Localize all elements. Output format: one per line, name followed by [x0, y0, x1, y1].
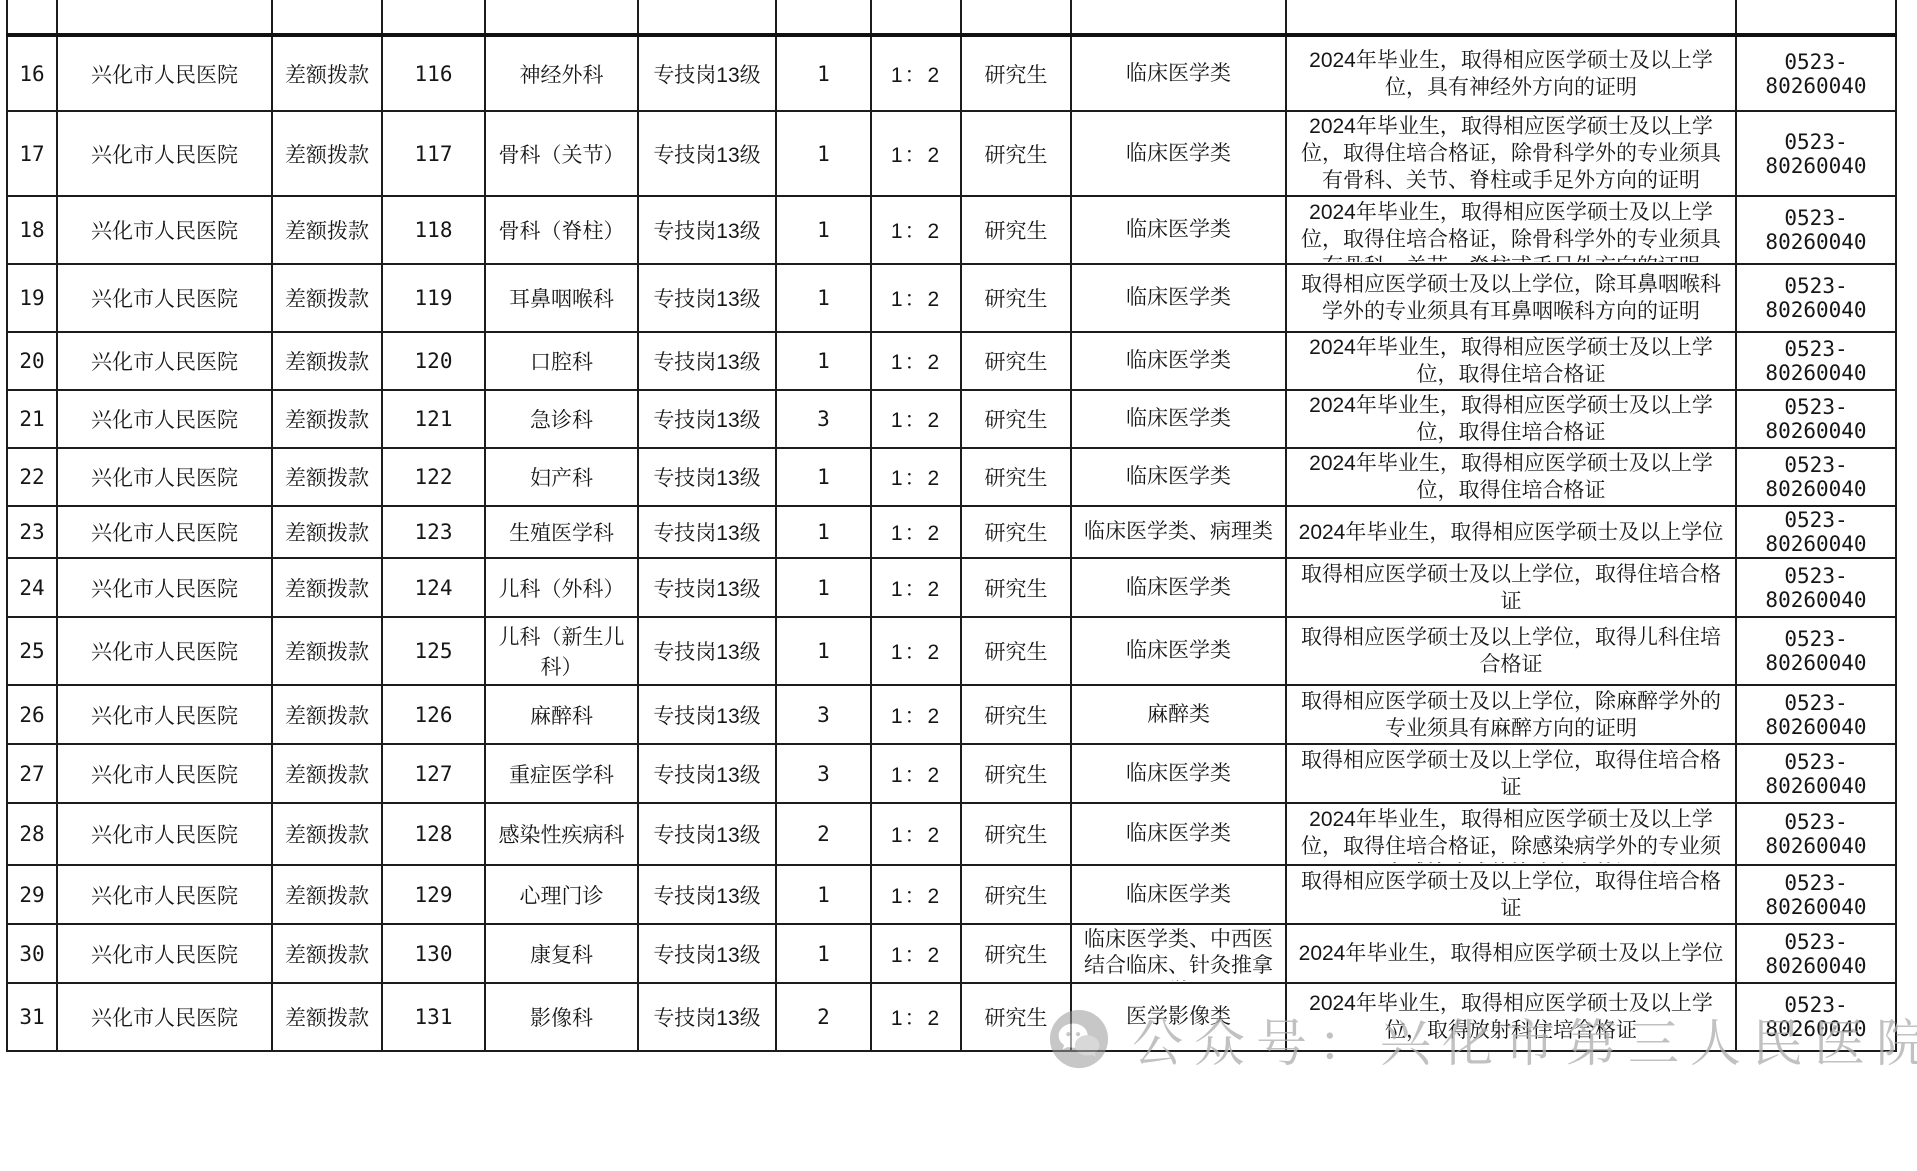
- cell-position-code: 126: [382, 685, 485, 744]
- cell-hospital-name: 兴化市人民医院: [57, 448, 272, 506]
- cell-openings-count: 1: [776, 264, 871, 332]
- cell-hospital-name: 兴化市人民医院: [57, 924, 272, 983]
- cell-position-code: 123: [382, 506, 485, 558]
- cell-major-category: 临床医学类: [1071, 111, 1286, 196]
- cell-funding-type: 差额拨款: [272, 196, 382, 264]
- cell-other-requirements: 取得相应医学硕士及以上学位，取得住培合格证: [1286, 744, 1736, 803]
- cell-education-requirement: 研究生: [961, 983, 1071, 1051]
- cell-interview-ratio: 1：2: [871, 448, 961, 506]
- cell-contact-phone: 0523-80260040: [1736, 558, 1896, 617]
- cell-education-requirement: 研究生: [961, 506, 1071, 558]
- cell-funding-type: 差额拨款: [272, 448, 382, 506]
- cell-contact-phone: 0523-80260040: [1736, 390, 1896, 448]
- cell-hospital-name: 兴化市人民医院: [57, 617, 272, 685]
- cell-major-category: 临床医学类、病理类: [1071, 506, 1286, 558]
- cell-interview-ratio: 1：2: [871, 35, 961, 111]
- cell-contact-phone: 0523-80260040: [1736, 448, 1896, 506]
- cell-major-category: 麻醉类: [1071, 685, 1286, 744]
- cell-position-code: 127: [382, 744, 485, 803]
- cell-contact-phone: 0523-80260040: [1736, 35, 1896, 111]
- cell-department: 麻醉科: [485, 685, 638, 744]
- cell-education-requirement: 研究生: [961, 803, 1071, 865]
- cell-department: 耳鼻咽喉科: [485, 264, 638, 332]
- cell-position-code: 120: [382, 332, 485, 390]
- cell-other-requirements-text: 2024年毕业生，取得相应医学硕士及以上学位，取得住培合格证: [1291, 392, 1731, 446]
- cell-interview-ratio: 1：2: [871, 111, 961, 196]
- table-row: 28兴化市人民医院差额拨款128感染性疾病科专技岗13级21：2研究生临床医学类…: [7, 803, 1896, 865]
- cell-education-requirement: 研究生: [961, 196, 1071, 264]
- cell-major-category-text: 临床医学类: [1076, 464, 1281, 490]
- cell-other-requirements-text: 取得相应医学硕士及以上学位，取得住培合格证: [1291, 868, 1731, 922]
- cell-position-level: 专技岗13级: [638, 865, 776, 924]
- cell-other-requirements: 取得相应医学硕士及以上学位，除麻醉学外的专业须具有麻醉方向的证明: [1286, 685, 1736, 744]
- cell-contact-phone: 0523-80260040: [1736, 803, 1896, 865]
- cell-education-requirement: 研究生: [961, 332, 1071, 390]
- cell-interview-ratio: 1：2: [871, 685, 961, 744]
- cell-funding-type: 差额拨款: [272, 617, 382, 685]
- cell-row-number: 25: [7, 617, 57, 685]
- cell-major-category: 临床医学类: [1071, 865, 1286, 924]
- cell-department: 生殖医学科: [485, 506, 638, 558]
- table-row: 24兴化市人民医院差额拨款124儿科（外科）专技岗13级11：2研究生临床医学类…: [7, 558, 1896, 617]
- cell-major-category-text: 临床医学类: [1076, 821, 1281, 847]
- cell-openings-count: 1: [776, 111, 871, 196]
- cell-hospital-name: 兴化市人民医院: [57, 803, 272, 865]
- cell-department: 影像科: [485, 983, 638, 1051]
- cell-department: 心理门诊: [485, 865, 638, 924]
- cell-openings-count: 1: [776, 865, 871, 924]
- cell-other-requirements: 取得相应医学硕士及以上学位，除耳鼻咽喉科学外的专业须具有耳鼻咽喉科方向的证明: [1286, 264, 1736, 332]
- cell-other-requirements: 2024年毕业生，取得相应医学硕士及以上学位，取得住培合格证: [1286, 332, 1736, 390]
- cell-major-category: 临床医学类: [1071, 390, 1286, 448]
- cell-education-requirement: 研究生: [961, 617, 1071, 685]
- cell-row-number: 16: [7, 35, 57, 111]
- cell-row-number: 22: [7, 448, 57, 506]
- cell-other-requirements-text: 2024年毕业生，取得相应医学硕士及以上学位，取得住培合格证，除骨科学外的专业须…: [1291, 113, 1731, 194]
- empty-cell: [485, 0, 638, 35]
- table-row: 26兴化市人民医院差额拨款126麻醉科专技岗13级31：2研究生麻醉类取得相应医…: [7, 685, 1896, 744]
- cell-funding-type: 差额拨款: [272, 558, 382, 617]
- table-row: 23兴化市人民医院差额拨款123生殖医学科专技岗13级11：2研究生临床医学类、…: [7, 506, 1896, 558]
- recruitment-table-page: 16兴化市人民医院差额拨款116神经外科专技岗13级11：2研究生临床医学类20…: [0, 0, 1917, 1171]
- cell-openings-count: 1: [776, 35, 871, 111]
- cell-education-requirement: 研究生: [961, 390, 1071, 448]
- cell-contact-phone: 0523-80260040: [1736, 744, 1896, 803]
- cell-department: 妇产科: [485, 448, 638, 506]
- cell-major-category: 临床医学类: [1071, 196, 1286, 264]
- cell-major-category-text: 临床医学类: [1076, 61, 1281, 87]
- cell-interview-ratio: 1：2: [871, 390, 961, 448]
- cell-major-category-text: 临床医学类、中西医结合临床、针灸推拿学: [1076, 927, 1281, 981]
- cell-education-requirement: 研究生: [961, 865, 1071, 924]
- cell-other-requirements-text: 取得相应医学硕士及以上学位，除麻醉学外的专业须具有麻醉方向的证明: [1291, 688, 1731, 742]
- cell-interview-ratio: 1：2: [871, 744, 961, 803]
- table-row: 27兴化市人民医院差额拨款127重症医学科专技岗13级31：2研究生临床医学类取…: [7, 744, 1896, 803]
- cell-other-requirements: 2024年毕业生，取得相应医学硕士及以上学位，取得住培合格证，除感染病学外的专业…: [1286, 803, 1736, 865]
- cell-other-requirements-text: 2024年毕业生，取得相应医学硕士及以上学位，具有神经外方向的证明: [1291, 47, 1731, 101]
- cell-row-number: 17: [7, 111, 57, 196]
- cell-position-level: 专技岗13级: [638, 983, 776, 1051]
- cell-other-requirements-text: 2024年毕业生，取得相应医学硕士及以上学位，取得住培合格证，除骨科学外的专业须…: [1291, 199, 1731, 262]
- cell-education-requirement: 研究生: [961, 448, 1071, 506]
- empty-cell: [382, 0, 485, 35]
- cell-other-requirements-text: 2024年毕业生，取得相应医学硕士及以上学位，取得住培合格证: [1291, 450, 1731, 504]
- recruitment-table: 16兴化市人民医院差额拨款116神经外科专技岗13级11：2研究生临床医学类20…: [6, 0, 1897, 1052]
- cell-position-level: 专技岗13级: [638, 111, 776, 196]
- cell-education-requirement: 研究生: [961, 111, 1071, 196]
- cell-position-level: 专技岗13级: [638, 264, 776, 332]
- cell-major-category-text: 临床医学类、病理类: [1076, 519, 1281, 545]
- cell-position-code: 128: [382, 803, 485, 865]
- cell-other-requirements: 2024年毕业生，取得相应医学硕士及以上学位: [1286, 924, 1736, 983]
- table-row: 22兴化市人民医院差额拨款122妇产科专技岗13级11：2研究生临床医学类202…: [7, 448, 1896, 506]
- cell-funding-type: 差额拨款: [272, 111, 382, 196]
- cell-major-category: 临床医学类: [1071, 744, 1286, 803]
- cell-other-requirements: 2024年毕业生，取得相应医学硕士及以上学位，取得住培合格证: [1286, 448, 1736, 506]
- cell-interview-ratio: 1：2: [871, 196, 961, 264]
- cell-other-requirements-text: 2024年毕业生，取得相应医学硕士及以上学位: [1291, 940, 1731, 967]
- cell-hospital-name: 兴化市人民医院: [57, 983, 272, 1051]
- empty-cell: [272, 0, 382, 35]
- cell-position-code: 130: [382, 924, 485, 983]
- table-row: 31兴化市人民医院差额拨款131影像科专技岗13级21：2研究生医学影像类202…: [7, 983, 1896, 1051]
- cell-row-number: 31: [7, 983, 57, 1051]
- cell-position-level: 专技岗13级: [638, 332, 776, 390]
- cell-position-code: 118: [382, 196, 485, 264]
- cell-contact-phone: 0523-80260040: [1736, 332, 1896, 390]
- cell-hospital-name: 兴化市人民医院: [57, 744, 272, 803]
- cell-openings-count: 3: [776, 744, 871, 803]
- cell-other-requirements: 2024年毕业生，取得相应医学硕士及以上学位，具有神经外方向的证明: [1286, 35, 1736, 111]
- empty-cell: [638, 0, 776, 35]
- cell-openings-count: 3: [776, 390, 871, 448]
- cell-other-requirements-text: 取得相应医学硕士及以上学位，取得儿科住培合格证: [1291, 624, 1731, 678]
- cell-interview-ratio: 1：2: [871, 332, 961, 390]
- cell-major-category-text: 临床医学类: [1076, 348, 1281, 374]
- cell-education-requirement: 研究生: [961, 924, 1071, 983]
- cell-position-level: 专技岗13级: [638, 744, 776, 803]
- cell-contact-phone: 0523-80260040: [1736, 196, 1896, 264]
- cell-row-number: 19: [7, 264, 57, 332]
- cell-row-number: 21: [7, 390, 57, 448]
- cell-openings-count: 1: [776, 448, 871, 506]
- cell-funding-type: 差额拨款: [272, 506, 382, 558]
- cell-major-category-text: 临床医学类: [1076, 638, 1281, 664]
- cell-contact-phone: 0523-80260040: [1736, 865, 1896, 924]
- cell-department: 急诊科: [485, 390, 638, 448]
- cell-position-code: 122: [382, 448, 485, 506]
- cell-major-category-text: 临床医学类: [1076, 406, 1281, 432]
- cell-contact-phone: 0523-80260040: [1736, 685, 1896, 744]
- cell-position-level: 专技岗13级: [638, 506, 776, 558]
- cell-funding-type: 差额拨款: [272, 332, 382, 390]
- cell-interview-ratio: 1：2: [871, 865, 961, 924]
- cell-position-code: 121: [382, 390, 485, 448]
- cell-openings-count: 1: [776, 617, 871, 685]
- cell-interview-ratio: 1：2: [871, 506, 961, 558]
- cell-department: 神经外科: [485, 35, 638, 111]
- cell-position-level: 专技岗13级: [638, 924, 776, 983]
- empty-cell: [776, 0, 871, 35]
- cell-funding-type: 差额拨款: [272, 390, 382, 448]
- table-body: 16兴化市人民医院差额拨款116神经外科专技岗13级11：2研究生临床医学类20…: [7, 0, 1896, 1051]
- cell-row-number: 23: [7, 506, 57, 558]
- cell-hospital-name: 兴化市人民医院: [57, 35, 272, 111]
- cell-openings-count: 2: [776, 803, 871, 865]
- cell-major-category-text: 临床医学类: [1076, 285, 1281, 311]
- cell-interview-ratio: 1：2: [871, 983, 961, 1051]
- cell-funding-type: 差额拨款: [272, 924, 382, 983]
- cell-funding-type: 差额拨款: [272, 35, 382, 111]
- cell-funding-type: 差额拨款: [272, 865, 382, 924]
- cell-row-number: 30: [7, 924, 57, 983]
- cell-department: 儿科（新生儿科）: [485, 617, 638, 685]
- cell-interview-ratio: 1：2: [871, 264, 961, 332]
- cell-other-requirements-text: 取得相应医学硕士及以上学位，除耳鼻咽喉科学外的专业须具有耳鼻咽喉科方向的证明: [1291, 271, 1731, 325]
- table-row: 18兴化市人民医院差额拨款118骨科（脊柱）专技岗13级11：2研究生临床医学类…: [7, 196, 1896, 264]
- cell-funding-type: 差额拨款: [272, 983, 382, 1051]
- cell-interview-ratio: 1：2: [871, 558, 961, 617]
- cell-hospital-name: 兴化市人民医院: [57, 111, 272, 196]
- cell-hospital-name: 兴化市人民医院: [57, 332, 272, 390]
- cell-major-category: 临床医学类: [1071, 558, 1286, 617]
- cell-department: 康复科: [485, 924, 638, 983]
- cell-hospital-name: 兴化市人民医院: [57, 558, 272, 617]
- cell-position-level: 专技岗13级: [638, 685, 776, 744]
- cell-department: 儿科（外科）: [485, 558, 638, 617]
- table-row: 25兴化市人民医院差额拨款125儿科（新生儿科）专技岗13级11：2研究生临床医…: [7, 617, 1896, 685]
- cell-row-number: 18: [7, 196, 57, 264]
- cell-contact-phone: 0523-80260040: [1736, 983, 1896, 1051]
- cell-hospital-name: 兴化市人民医院: [57, 685, 272, 744]
- cell-education-requirement: 研究生: [961, 685, 1071, 744]
- cell-openings-count: 1: [776, 558, 871, 617]
- cell-education-requirement: 研究生: [961, 264, 1071, 332]
- cell-hospital-name: 兴化市人民医院: [57, 865, 272, 924]
- empty-cell: [961, 0, 1071, 35]
- cell-position-level: 专技岗13级: [638, 196, 776, 264]
- cell-position-code: 124: [382, 558, 485, 617]
- cell-major-category: 临床医学类、中西医结合临床、针灸推拿学: [1071, 924, 1286, 983]
- cell-position-level: 专技岗13级: [638, 35, 776, 111]
- cell-hospital-name: 兴化市人民医院: [57, 264, 272, 332]
- cell-hospital-name: 兴化市人民医院: [57, 196, 272, 264]
- empty-cell: [1736, 0, 1896, 35]
- cell-major-category: 临床医学类: [1071, 448, 1286, 506]
- cell-contact-phone: 0523-80260040: [1736, 506, 1896, 558]
- cell-row-number: 29: [7, 865, 57, 924]
- cell-other-requirements-text: 2024年毕业生，取得相应医学硕士及以上学位，取得放射科住培合格证: [1291, 990, 1731, 1044]
- cell-other-requirements: 2024年毕业生，取得相应医学硕士及以上学位: [1286, 506, 1736, 558]
- cell-major-category: 临床医学类: [1071, 264, 1286, 332]
- clipped-top-row: [7, 0, 1896, 35]
- cell-funding-type: 差额拨款: [272, 744, 382, 803]
- cell-department: 骨科（脊柱）: [485, 196, 638, 264]
- cell-other-requirements-text: 取得相应医学硕士及以上学位，取得住培合格证: [1291, 561, 1731, 615]
- cell-funding-type: 差额拨款: [272, 685, 382, 744]
- cell-interview-ratio: 1：2: [871, 803, 961, 865]
- cell-hospital-name: 兴化市人民医院: [57, 390, 272, 448]
- cell-position-level: 专技岗13级: [638, 558, 776, 617]
- cell-contact-phone: 0523-80260040: [1736, 924, 1896, 983]
- cell-other-requirements: 2024年毕业生，取得相应医学硕士及以上学位，取得住培合格证: [1286, 390, 1736, 448]
- cell-openings-count: 1: [776, 196, 871, 264]
- table-row: 21兴化市人民医院差额拨款121急诊科专技岗13级31：2研究生临床医学类202…: [7, 390, 1896, 448]
- cell-row-number: 24: [7, 558, 57, 617]
- cell-openings-count: 1: [776, 332, 871, 390]
- cell-department: 骨科（关节）: [485, 111, 638, 196]
- cell-row-number: 26: [7, 685, 57, 744]
- empty-cell: [7, 0, 57, 35]
- cell-position-code: 125: [382, 617, 485, 685]
- cell-other-requirements-text: 2024年毕业生，取得相应医学硕士及以上学位，取得住培合格证: [1291, 334, 1731, 388]
- cell-position-code: 117: [382, 111, 485, 196]
- table-row: 16兴化市人民医院差额拨款116神经外科专技岗13级11：2研究生临床医学类20…: [7, 35, 1896, 111]
- cell-other-requirements: 2024年毕业生，取得相应医学硕士及以上学位，取得放射科住培合格证: [1286, 983, 1736, 1051]
- cell-row-number: 27: [7, 744, 57, 803]
- cell-contact-phone: 0523-80260040: [1736, 264, 1896, 332]
- cell-major-category: 临床医学类: [1071, 803, 1286, 865]
- cell-openings-count: 1: [776, 506, 871, 558]
- cell-education-requirement: 研究生: [961, 35, 1071, 111]
- cell-interview-ratio: 1：2: [871, 924, 961, 983]
- cell-other-requirements-text: 2024年毕业生，取得相应医学硕士及以上学位: [1291, 519, 1731, 546]
- cell-department: 重症医学科: [485, 744, 638, 803]
- cell-row-number: 20: [7, 332, 57, 390]
- cell-department: 感染性疾病科: [485, 803, 638, 865]
- table-row: 29兴化市人民医院差额拨款129心理门诊专技岗13级11：2研究生临床医学类取得…: [7, 865, 1896, 924]
- table-row: 17兴化市人民医院差额拨款117骨科（关节）专技岗13级11：2研究生临床医学类…: [7, 111, 1896, 196]
- cell-other-requirements: 2024年毕业生，取得相应医学硕士及以上学位，取得住培合格证，除骨科学外的专业须…: [1286, 196, 1736, 264]
- table-row: 30兴化市人民医院差额拨款130康复科专技岗13级11：2研究生临床医学类、中西…: [7, 924, 1896, 983]
- cell-major-category: 临床医学类: [1071, 332, 1286, 390]
- cell-position-level: 专技岗13级: [638, 448, 776, 506]
- cell-other-requirements: 取得相应医学硕士及以上学位，取得住培合格证: [1286, 558, 1736, 617]
- empty-cell: [57, 0, 272, 35]
- cell-row-number: 28: [7, 803, 57, 865]
- cell-contact-phone: 0523-80260040: [1736, 617, 1896, 685]
- cell-position-code: 119: [382, 264, 485, 332]
- cell-position-code: 116: [382, 35, 485, 111]
- cell-funding-type: 差额拨款: [272, 803, 382, 865]
- cell-major-category: 临床医学类: [1071, 617, 1286, 685]
- cell-other-requirements: 2024年毕业生，取得相应医学硕士及以上学位，取得住培合格证，除骨科学外的专业须…: [1286, 111, 1736, 196]
- cell-contact-phone: 0523-80260040: [1736, 111, 1896, 196]
- table-row: 20兴化市人民医院差额拨款120口腔科专技岗13级11：2研究生临床医学类202…: [7, 332, 1896, 390]
- cell-other-requirements-text: 2024年毕业生，取得相应医学硕士及以上学位，取得住培合格证，除感染病学外的专业…: [1291, 806, 1731, 863]
- cell-hospital-name: 兴化市人民医院: [57, 506, 272, 558]
- cell-position-level: 专技岗13级: [638, 617, 776, 685]
- cell-major-category-text: 医学影像类: [1076, 1004, 1281, 1030]
- cell-position-level: 专技岗13级: [638, 803, 776, 865]
- cell-education-requirement: 研究生: [961, 744, 1071, 803]
- cell-major-category: 医学影像类: [1071, 983, 1286, 1051]
- cell-major-category-text: 临床医学类: [1076, 575, 1281, 601]
- cell-education-requirement: 研究生: [961, 558, 1071, 617]
- cell-department: 口腔科: [485, 332, 638, 390]
- cell-major-category-text: 麻醉类: [1076, 702, 1281, 728]
- table-row: 19兴化市人民医院差额拨款119耳鼻咽喉科专技岗13级11：2研究生临床医学类取…: [7, 264, 1896, 332]
- cell-funding-type: 差额拨款: [272, 264, 382, 332]
- empty-cell: [1286, 0, 1736, 35]
- cell-position-code: 131: [382, 983, 485, 1051]
- cell-major-category-text: 临床医学类: [1076, 761, 1281, 787]
- cell-openings-count: 2: [776, 983, 871, 1051]
- cell-openings-count: 1: [776, 924, 871, 983]
- cell-interview-ratio: 1：2: [871, 617, 961, 685]
- cell-major-category-text: 临床医学类: [1076, 141, 1281, 167]
- empty-cell: [1071, 0, 1286, 35]
- cell-major-category-text: 临床医学类: [1076, 882, 1281, 908]
- empty-cell: [871, 0, 961, 35]
- cell-position-level: 专技岗13级: [638, 390, 776, 448]
- cell-other-requirements: 取得相应医学硕士及以上学位，取得住培合格证: [1286, 865, 1736, 924]
- cell-major-category-text: 临床医学类: [1076, 217, 1281, 243]
- cell-openings-count: 3: [776, 685, 871, 744]
- cell-other-requirements: 取得相应医学硕士及以上学位，取得儿科住培合格证: [1286, 617, 1736, 685]
- cell-position-code: 129: [382, 865, 485, 924]
- cell-major-category: 临床医学类: [1071, 35, 1286, 111]
- cell-other-requirements-text: 取得相应医学硕士及以上学位，取得住培合格证: [1291, 747, 1731, 801]
